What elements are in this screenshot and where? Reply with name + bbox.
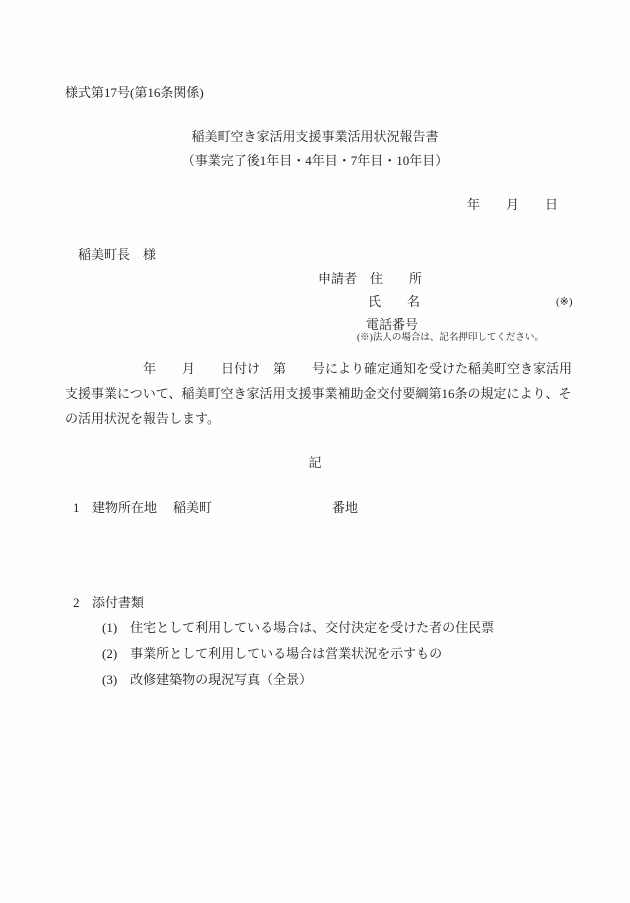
- document-title: 稲美町空き家活用支援事業活用状況報告書: [0, 130, 630, 143]
- subitem-resident-card: (1) 住宅として利用している場合は、交付決定を受けた者の住民票: [102, 615, 494, 641]
- item2-label: 添付書類: [92, 596, 144, 609]
- body-line: 年 月 日付け 第 号により確定通知を受けた稲美町空き家活用: [65, 356, 585, 381]
- item2-subitems: (1) 住宅として利用している場合は、交付決定を受けた者の住民票 (2) 事業所…: [102, 615, 494, 693]
- document-page: 様式第17号(第16条関係) 稲美町空き家活用支援事業活用状況報告書 （事業完了…: [0, 0, 630, 903]
- body-line: 支援事業について、稲美町空き家活用支援事業補助金交付要綱第16条の規定により、そ: [65, 381, 585, 406]
- document-subtitle: （事業完了後1年目・4年目・7年目・10年目）: [0, 154, 630, 167]
- applicant-footnote: (※)法人の場合は、記名押印してください。: [357, 334, 544, 344]
- addressee: 稲美町長 様: [78, 248, 156, 261]
- body-line: の活用状況を報告します。: [65, 406, 585, 431]
- subitem-building-photo: (3) 改修建築物の現況写真（全景）: [102, 667, 494, 693]
- item1-value-prefix: 稲美町: [173, 501, 212, 514]
- item1-label: 建物所在地: [92, 501, 157, 514]
- date-line: 年 月 日: [467, 198, 558, 211]
- applicant-name-label: 氏 名: [368, 295, 420, 308]
- applicant-name-seal-mark: (※): [556, 297, 573, 308]
- applicant-phone-label: 電話番号: [366, 318, 418, 331]
- form-number: 様式第17号(第16条関係): [65, 86, 204, 99]
- body-paragraph: 年 月 日付け 第 号により確定通知を受けた稲美町空き家活用 支援事業について、…: [65, 356, 585, 431]
- item2-number: 2: [73, 596, 80, 609]
- ki-marker: 記: [0, 456, 630, 469]
- applicant-address-label: 申請者 住 所: [318, 272, 422, 285]
- item1-value-suffix: 番地: [332, 501, 358, 514]
- subitem-business-status: (2) 事業所として利用している場合は営業状況を示すもの: [102, 641, 494, 667]
- item1-number: 1: [73, 501, 80, 514]
